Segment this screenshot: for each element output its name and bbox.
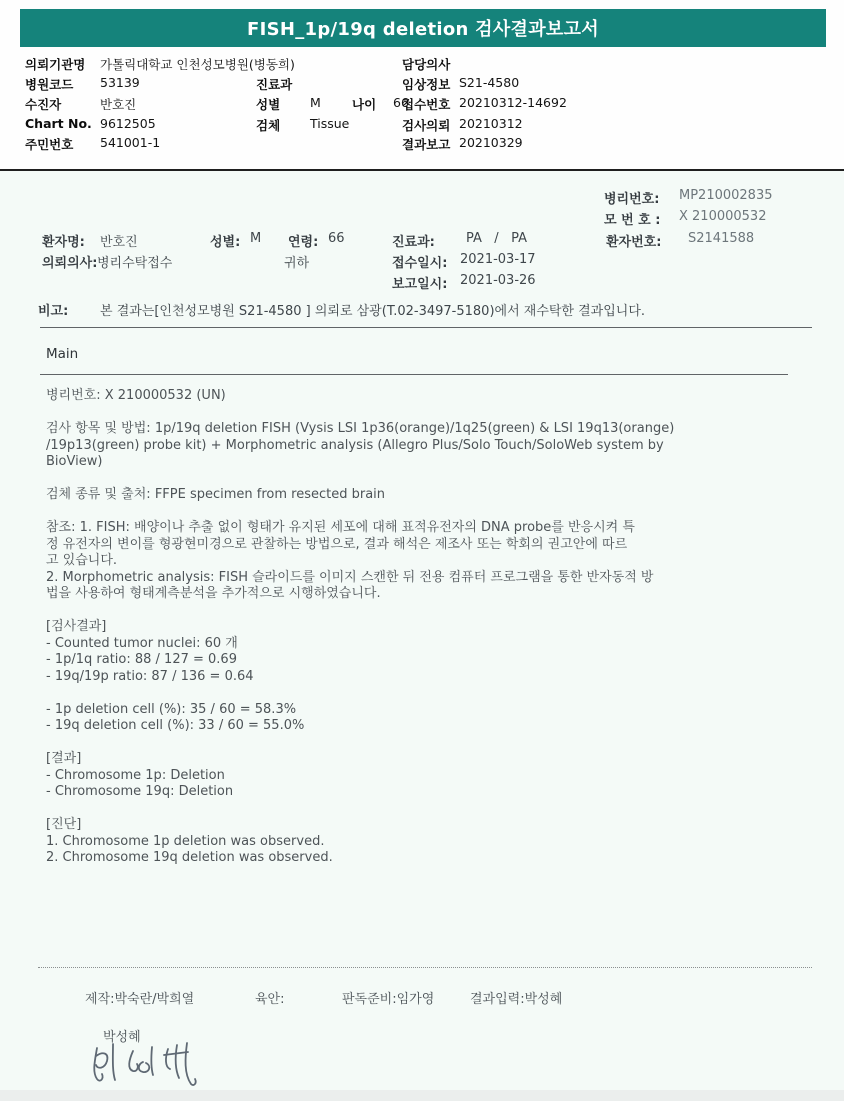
field-label-institution: 의뢰기관명: [25, 55, 85, 73]
pathology-no-label: 병리번호:: [604, 188, 659, 207]
body-line: 법을 사용하여 형태계측분석을 추가적으로 시행하였습니다.: [46, 586, 816, 603]
body-line: - 19q/19p ratio: 87 / 136 = 0.64: [46, 669, 816, 686]
body-line: [46, 603, 816, 620]
made-by-text: 제작:박숙란/박희열: [85, 988, 194, 1007]
received-datetime-label: 접수일시:: [392, 252, 447, 271]
field-value-specimen: Tissue: [310, 116, 349, 131]
body-line: [46, 685, 816, 702]
remark-divider-line: [40, 327, 812, 328]
body-line: 1. Chromosome 1p deletion was observed.: [46, 834, 816, 851]
registration-row: 수진자 반호진 성별 M 나이 66 접수번호 20210312-14692: [0, 95, 844, 113]
remark-text: 본 결과는[인천성모병원 S21-4580 ] 의뢰로 삼광(T.02-3497…: [100, 300, 645, 319]
page-title: FISH_1p/19q deletion 검사결과보고서: [247, 15, 599, 41]
body-line: - Chromosome 19q: Deletion: [46, 784, 816, 801]
field-label-clinical-info: 임상정보: [402, 75, 450, 93]
pathology-no-value: MP210002835: [679, 188, 773, 203]
field-value-examinee: 반호진: [100, 95, 136, 113]
body-line: 참조: 1. FISH: 배양이나 추출 없이 형태가 유지된 세포에 대해 표…: [46, 520, 816, 537]
field-label-age: 나이: [352, 95, 376, 113]
body-line: 병리번호: X 210000532 (UN): [46, 388, 816, 405]
handwritten-signature: [88, 1038, 208, 1090]
field-value-resident-no: 541001-1: [100, 135, 160, 150]
patient-no-label: 환자번호:: [606, 231, 661, 250]
patient-name-value: 반호진: [100, 231, 138, 250]
patient-sex-value: M: [250, 231, 261, 246]
field-value-sex: M: [310, 95, 321, 110]
patient-no-value: S2141588: [688, 231, 754, 246]
body-line: 2. Chromosome 19q deletion was observed.: [46, 850, 816, 867]
body-line: - Chromosome 1p: Deletion: [46, 768, 816, 785]
field-value-chart-no: 9612505: [100, 116, 156, 131]
registration-section: FISH_1p/19q deletion 검사결과보고서 의뢰기관명 가톨릭대학…: [0, 0, 844, 171]
field-label-examinee: 수진자: [25, 95, 61, 113]
report-title-bar: FISH_1p/19q deletion 검사결과보고서: [20, 9, 826, 47]
registration-row: 의뢰기관명 가톨릭대학교 인천성모병원(병동희) 담당의사: [0, 55, 844, 73]
body-line: 정 유전자의 변이를 형광현미경으로 관찰하는 방법으로, 결과 해석은 제조사…: [46, 537, 816, 554]
body-line: [검사결과]: [46, 619, 816, 636]
body-line: BioView): [46, 454, 816, 471]
registration-row: Chart No. 9612505 검체 Tissue 검사의뢰 2021031…: [0, 116, 844, 134]
mother-no-value: X 210000532: [679, 209, 766, 224]
field-value-request-date: 20210312: [459, 116, 523, 131]
field-value-institution: 가톨릭대학교 인천성모병원(병동희): [100, 55, 295, 73]
field-value-accession-no: 20210312-14692: [459, 95, 567, 110]
field-label-resident-no: 주민번호: [25, 135, 73, 153]
result-entry-text: 결과입력:박성혜: [470, 988, 562, 1007]
field-label-accession-no: 접수번호: [402, 95, 450, 113]
main-section-heading: Main: [46, 346, 78, 362]
body-line: 검사 항목 및 방법: 1p/19q deletion FISH (Vysis …: [46, 421, 816, 438]
body-line: - 1p deletion cell (%): 35 / 60 = 58.3%: [46, 702, 816, 719]
patient-name-label: 환자명:: [42, 231, 85, 250]
main-body: 병리번호: X 210000532 (UN)검사 항목 및 방법: 1p/19q…: [46, 388, 816, 867]
honorific-text: 귀하: [284, 252, 309, 271]
body-line: [46, 471, 816, 488]
mother-no-label: 모 번 호 :: [604, 209, 660, 228]
body-line: /19p13(green) probe kit) + Morphometric …: [46, 438, 816, 455]
patient-age-value: 66: [328, 231, 345, 246]
patient-age-label: 연령:: [288, 231, 318, 250]
referrer-label: 의뢰의사:: [42, 252, 97, 271]
read-prep-text: 판독준비:임가영: [342, 988, 434, 1007]
referrer-value: 병리수탁접수: [97, 252, 172, 271]
field-value-hospital-code: 53139: [100, 75, 140, 90]
field-label-specimen: 검체: [256, 116, 280, 134]
body-line: [46, 405, 816, 422]
body-line: [진단]: [46, 817, 816, 834]
field-label-doctor: 담당의사: [402, 55, 450, 73]
field-label-request-date: 검사의뢰: [402, 116, 450, 134]
received-datetime-value: 2021-03-17: [460, 252, 536, 267]
registration-row: 병원코드 53139 진료과 임상정보 S21-4580: [0, 75, 844, 93]
body-line: - 19q deletion cell (%): 33 / 60 = 55.0%: [46, 718, 816, 735]
main-heading-underline: [40, 374, 788, 375]
reported-datetime-value: 2021-03-26: [460, 273, 536, 288]
patient-dept-value: PA / PA: [466, 231, 527, 246]
field-label-report-date: 결과보고: [402, 135, 450, 153]
body-line: [결과]: [46, 751, 816, 768]
remark-label: 비고:: [38, 300, 68, 319]
body-line: [46, 801, 816, 818]
patient-dept-label: 진료과:: [392, 231, 435, 250]
registration-row: 주민번호 541001-1 결과보고 20210329: [0, 135, 844, 153]
body-line: [46, 735, 816, 752]
field-label-hospital-code: 병원코드: [25, 75, 73, 93]
body-line: - 1p/1q ratio: 88 / 127 = 0.69: [46, 652, 816, 669]
body-line: 검체 종류 및 출처: FFPE specimen from resected …: [46, 487, 816, 504]
reported-datetime-label: 보고일시:: [392, 273, 447, 292]
body-line: - Counted tumor nuclei: 60 개: [46, 636, 816, 653]
field-value-clinical-info: S21-4580: [459, 75, 519, 90]
patient-sex-label: 성별:: [210, 231, 240, 250]
body-line: 2. Morphometric analysis: FISH 슬라이드를 이미지…: [46, 570, 816, 587]
gross-exam-label: 육안:: [255, 988, 285, 1007]
field-value-report-date: 20210329: [459, 135, 523, 150]
body-line: 고 있습니다.: [46, 553, 816, 570]
field-label-sex: 성별: [256, 95, 280, 113]
field-label-department: 진료과: [256, 75, 292, 93]
bottom-gray-strip: [0, 1090, 844, 1101]
field-label-chart-no: Chart No.: [25, 116, 92, 131]
footer-dotted-line: [38, 967, 812, 968]
body-line: [46, 504, 816, 521]
